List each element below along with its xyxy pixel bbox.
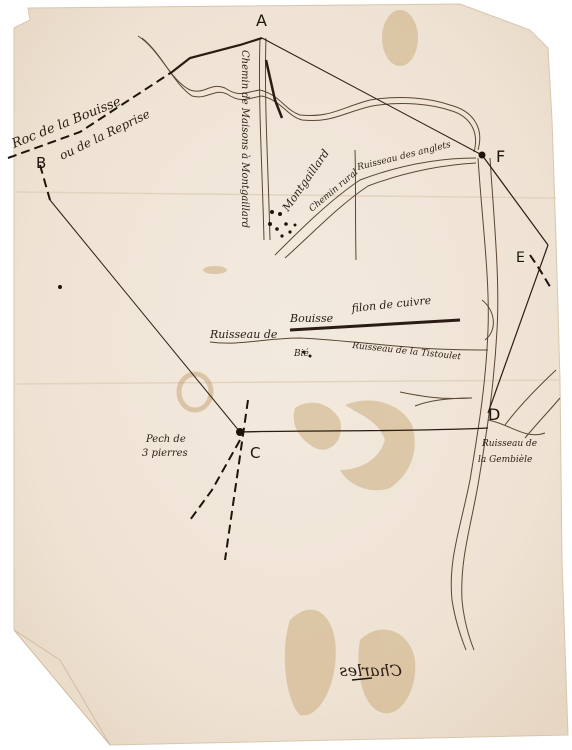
mirrored-signature: Charles: [339, 661, 402, 680]
point-f-marker: [479, 152, 486, 159]
label-chemin-maisons: Chemin de Maisons à Montgaillard: [239, 50, 250, 228]
label-pech-2: 3 pierres: [142, 448, 188, 459]
manuscript-map: A B C D E F Roc de la Bouisse ou de la R…: [0, 0, 572, 750]
point-b-label: B: [36, 154, 46, 172]
svg-text:Charles: Charles: [339, 661, 402, 680]
point-c-marker: [236, 428, 244, 436]
point-a-label: A: [256, 11, 267, 30]
point-c-label: C: [250, 444, 260, 462]
label-bie: Bié: [293, 348, 309, 359]
point-e-label: E: [516, 250, 525, 266]
label-ruisseau-gembiele-2: la Gembièle: [478, 454, 532, 465]
label-pech-1: Pech de: [145, 434, 186, 445]
label-ruisseau-gembiele-1: Ruisseau de: [481, 439, 537, 449]
point-f-label: F: [496, 147, 505, 166]
label-ruisseau-de: Ruisseau de: [209, 328, 278, 341]
point-d-label: D: [488, 405, 500, 424]
label-bouisse: Bouisse: [289, 312, 334, 325]
